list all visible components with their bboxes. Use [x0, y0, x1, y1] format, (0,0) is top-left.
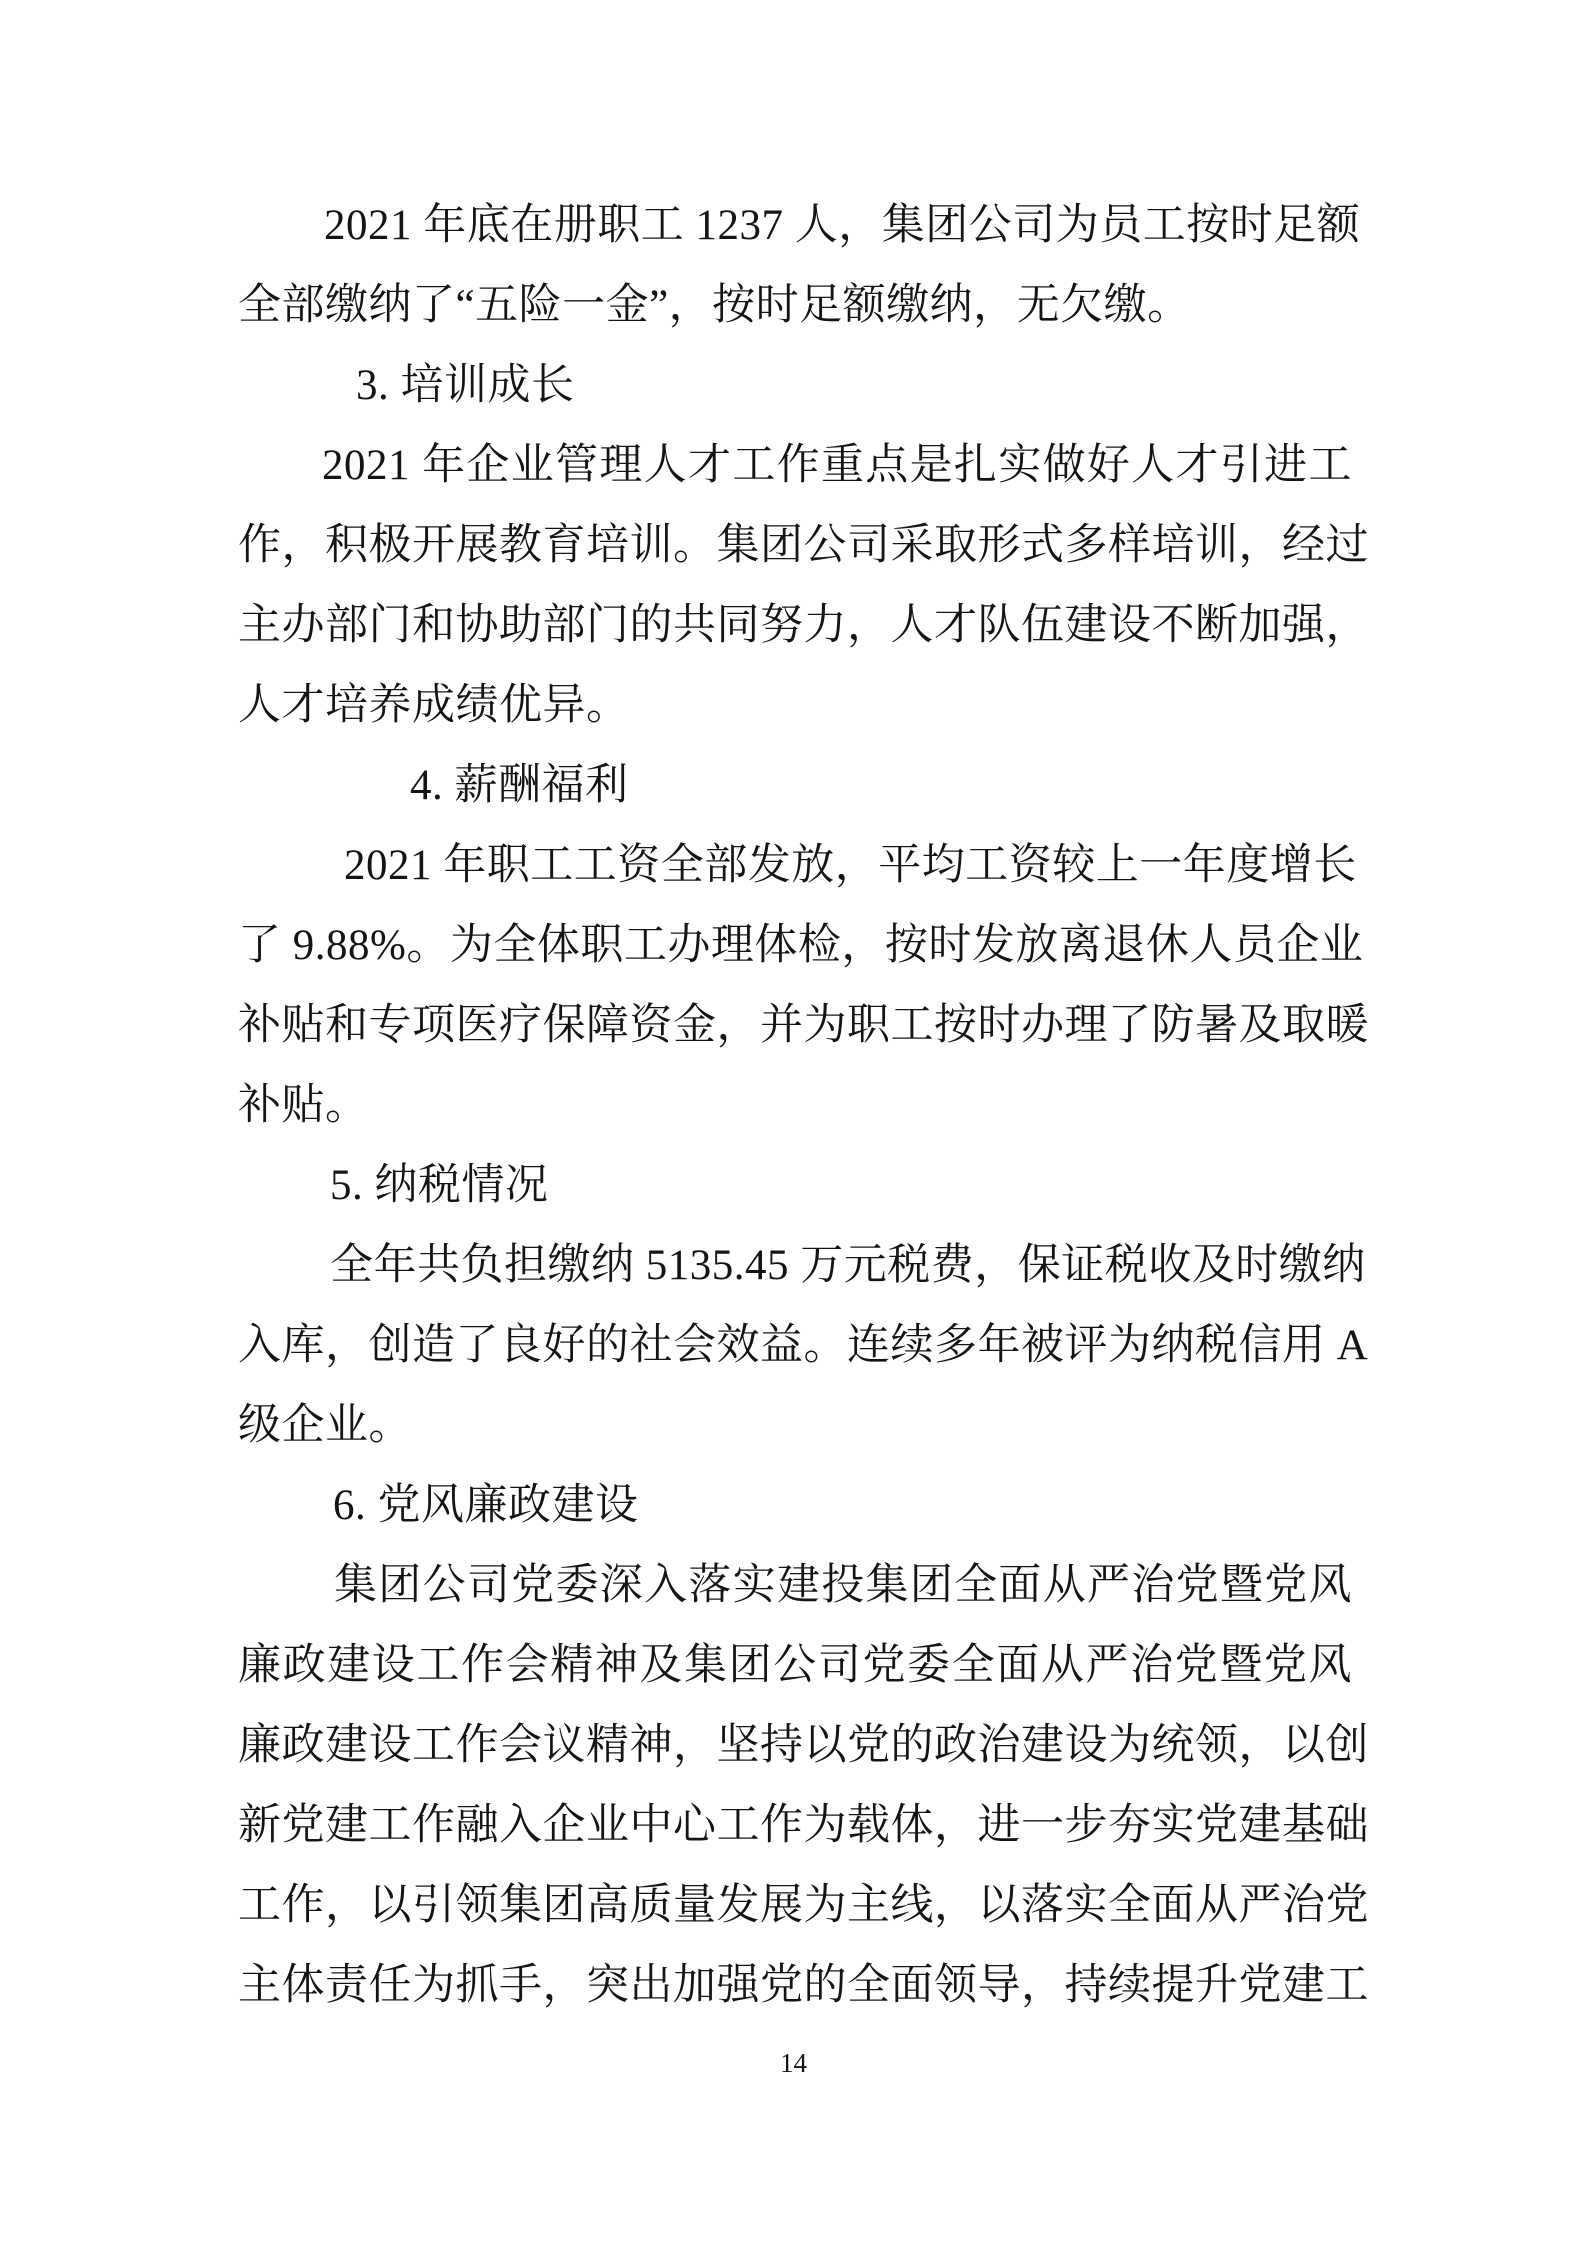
body-text-line: 全部缴纳了“五险一金”，按时足额缴纳，无欠缴。: [238, 266, 1352, 346]
body-text-line: 集团公司党委深入落实建投集团全面从严治党暨党风: [238, 1546, 1352, 1626]
body-text-line: 主办部门和协助部门的共同努力，人才队伍建设不断加强，: [238, 586, 1352, 666]
body-text-line: 全年共负担缴纳 5135.45 万元税费，保证税收及时缴纳: [238, 1226, 1352, 1306]
document-page: 2021 年底在册职工 1237 人，集团公司为员工按时足额全部缴纳了“五险一金…: [0, 0, 1587, 2245]
body-text-line: 了 9.88%。为全体职工办理体检，按时发放离退休人员企业: [238, 906, 1352, 986]
body-text-line: 作，积极开展教育培训。集团公司采取形式多样培训，经过: [238, 506, 1352, 586]
body-text-line: 人才培养成绩优异。: [238, 666, 1352, 746]
body-text-line: 工作，以引领集团高质量发展为主线，以落实全面从严治党: [238, 1866, 1352, 1946]
body-text-line: 新党建工作融入企业中心工作为载体，进一步夯实党建基础: [238, 1786, 1352, 1866]
body-text-line: 2021 年底在册职工 1237 人，集团公司为员工按时足额: [238, 186, 1352, 266]
document-text-block: 2021 年底在册职工 1237 人，集团公司为员工按时足额全部缴纳了“五险一金…: [238, 186, 1352, 2026]
body-text-line: 廉政建设工作会议精神，坚持以党的政治建设为统领，以创: [238, 1706, 1352, 1786]
page-number: 14: [0, 2046, 1587, 2080]
body-text-line: 主体责任为抓手，突出加强党的全面领导，持续提升党建工: [238, 1946, 1352, 2026]
body-text-line: 入库，创造了良好的社会效益。连续多年被评为纳税信用 A: [238, 1306, 1352, 1386]
body-text-line: 级企业。: [238, 1386, 1352, 1466]
body-text-line: 2021 年企业管理人才工作重点是扎实做好人才引进工: [238, 426, 1352, 506]
section-heading-line: 6. 党风廉政建设: [238, 1466, 1352, 1546]
section-heading-line: 4. 薪酬福利: [238, 746, 1352, 826]
section-heading-line: 5. 纳税情况: [238, 1146, 1352, 1226]
body-text-line: 补贴。: [238, 1066, 1352, 1146]
body-text-line: 补贴和专项医疗保障资金，并为职工按时办理了防暑及取暖: [238, 986, 1352, 1066]
body-text-line: 2021 年职工工资全部发放，平均工资较上一年度增长: [238, 826, 1352, 906]
section-heading-line: 3. 培训成长: [238, 346, 1352, 426]
body-text-line: 廉政建设工作会精神及集团公司党委全面从严治党暨党风: [238, 1626, 1352, 1706]
